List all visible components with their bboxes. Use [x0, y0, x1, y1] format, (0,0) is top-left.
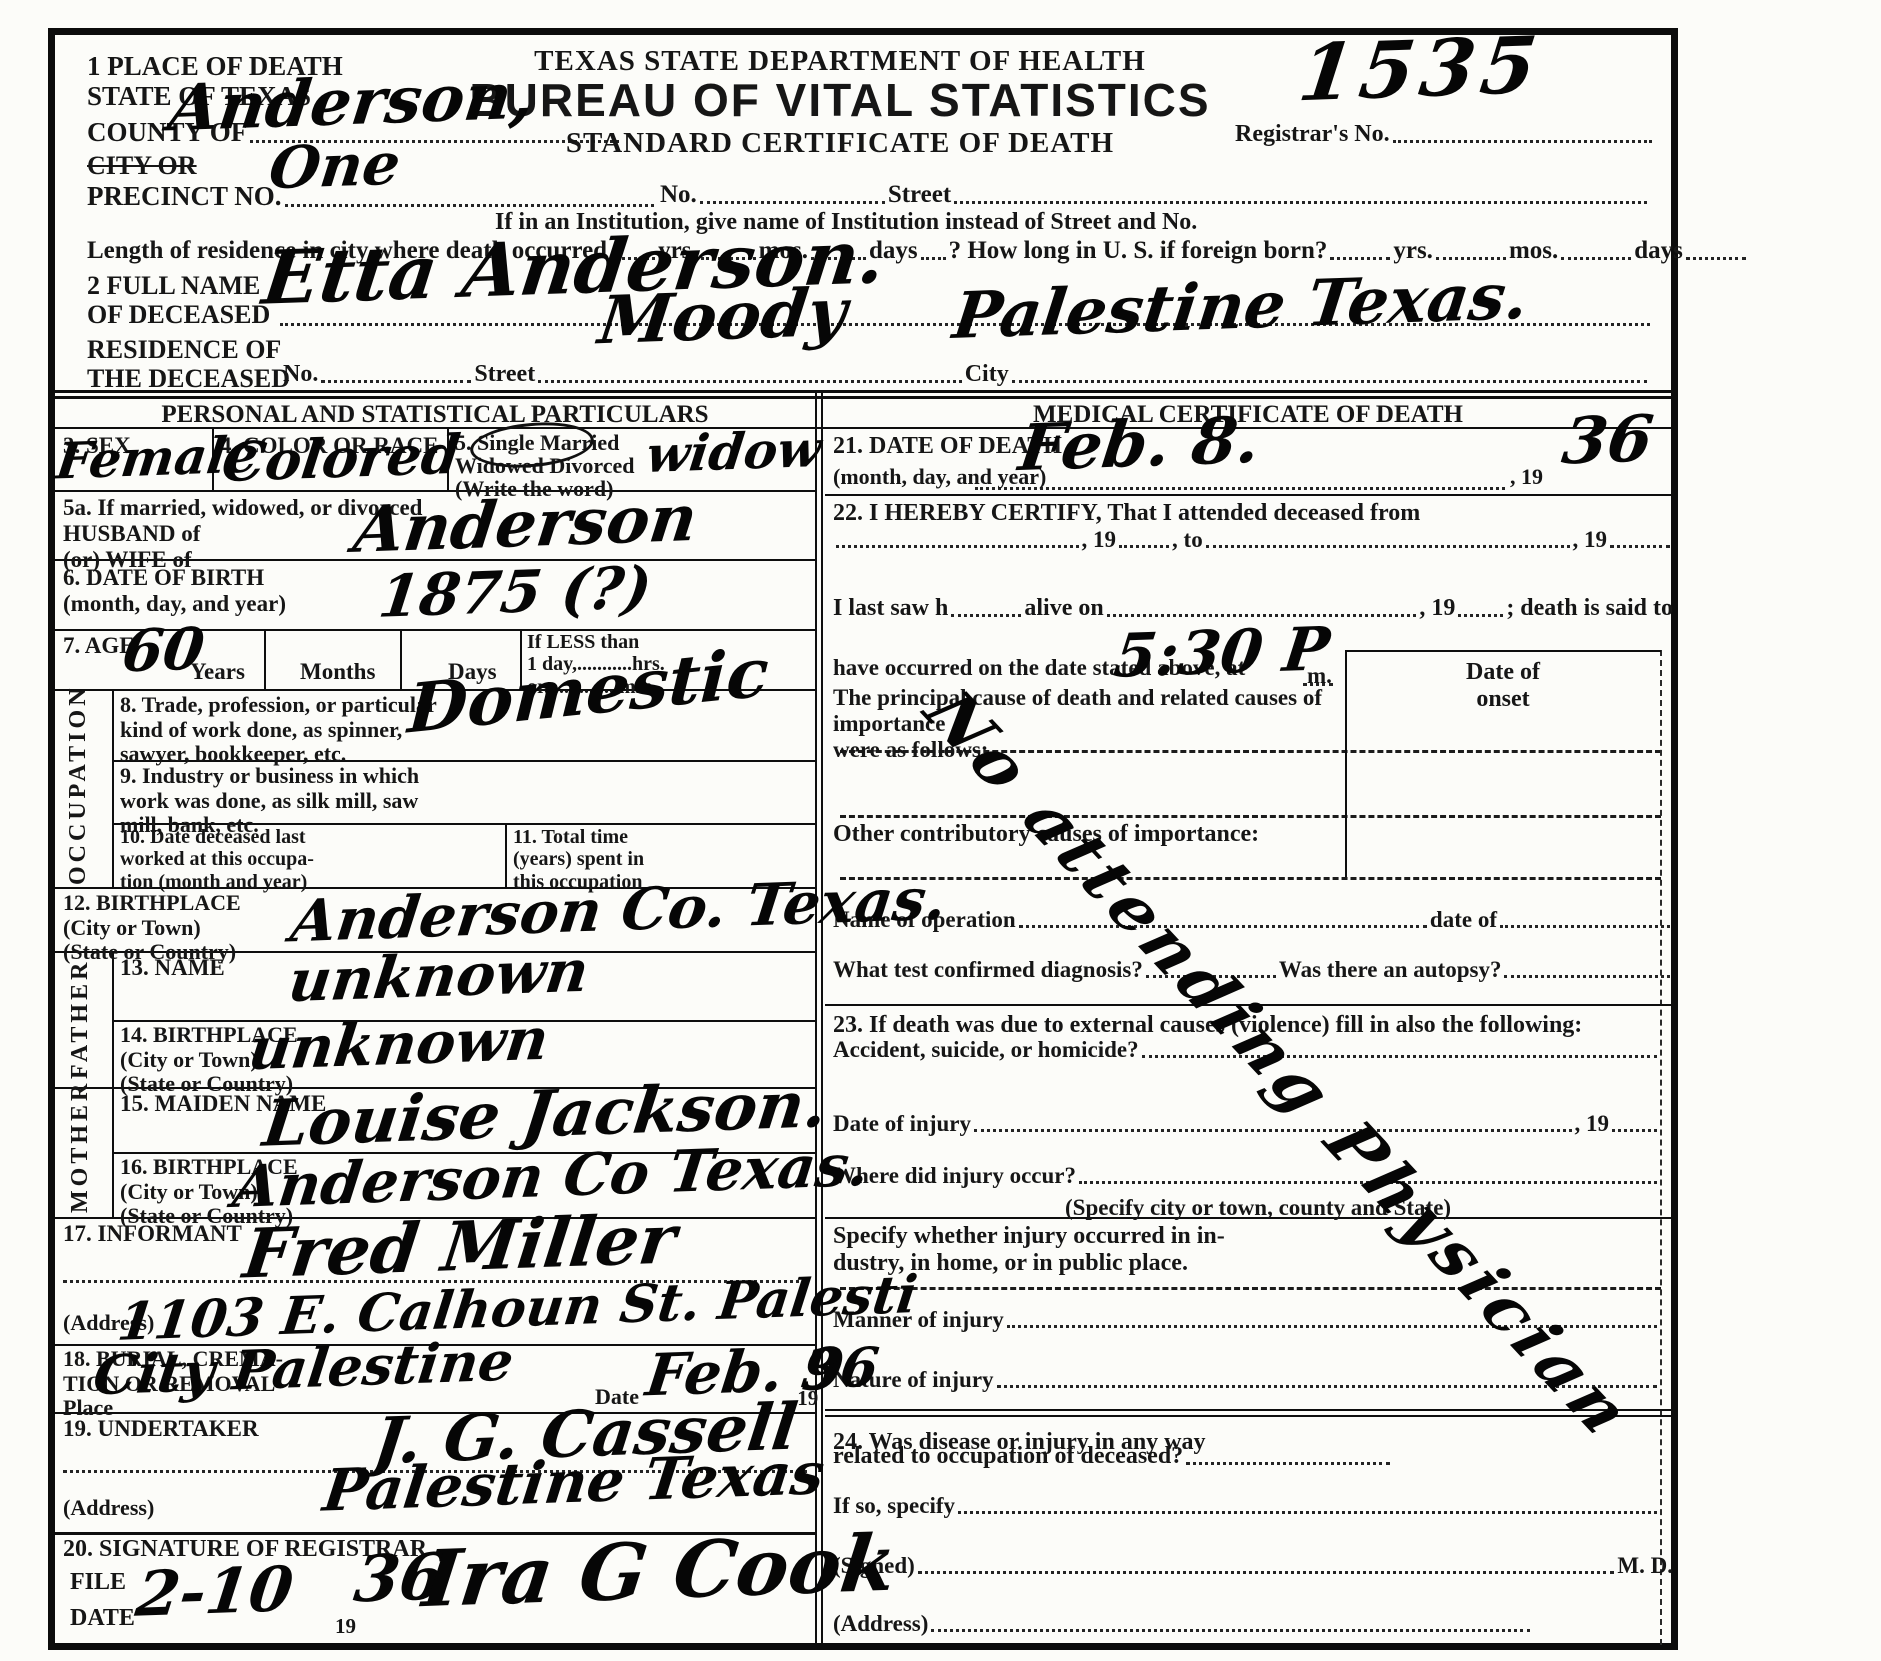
dotted-leader: [918, 1571, 1615, 1574]
city-label: City: [965, 361, 1009, 388]
city-or-label: CITY OR: [87, 151, 197, 180]
to-label: , to: [1172, 527, 1203, 553]
street-label: Street: [888, 181, 951, 209]
comma-19-label: , 19: [1082, 527, 1117, 553]
certificate-title: STANDARD CERTIFICATE OF DEATH: [475, 127, 1205, 159]
dotted-leader: [285, 204, 654, 207]
where-injury-line: Where did injury occur?: [833, 1163, 1660, 1189]
trade-label: 8. Trade, profession, or particular kind…: [120, 693, 437, 767]
bureau-title: BUREAU OF VITAL STATISTICS: [445, 75, 1235, 127]
dotted-leader: [321, 380, 471, 383]
age-value-handwriting: 60: [119, 620, 207, 681]
comma-19-label: , 19: [1419, 595, 1455, 622]
file-label: FILE: [70, 1569, 126, 1596]
scanned-death-certificate: 1 PLACE OF DEATH STATE OF TEXAS COUNTY O…: [0, 0, 1881, 1661]
dotted-leader: [1019, 925, 1427, 928]
dotted-line: [975, 487, 1505, 490]
death-year-handwriting: 36: [1559, 407, 1656, 474]
certify-label: 22. I HEREBY CERTIFY, That I attended de…: [833, 500, 1420, 527]
registrar-signature-handwriting: Ira G Cook: [419, 1525, 900, 1619]
age-months-label: Months: [300, 659, 375, 685]
dob-value-handwriting: 1875 (?): [376, 558, 655, 625]
dotted-leader: [1012, 380, 1647, 383]
comma-19-label: , 19: [1510, 465, 1543, 490]
dotted-leader: [1393, 140, 1652, 143]
father-group-label: FATHER: [67, 963, 94, 1079]
cell-divider: [264, 629, 266, 689]
accident-label: Accident, suicide, or homicide?: [833, 1037, 1139, 1063]
dotted-leader: [958, 1511, 1657, 1514]
dotted-leader: [1612, 1129, 1657, 1132]
certificate-border: 1 PLACE OF DEATH STATE OF TEXAS COUNTY O…: [48, 28, 1678, 1650]
date-of-label: date of: [1430, 907, 1497, 933]
alive-on-label: alive on: [1024, 595, 1103, 622]
dotted-leader: [954, 201, 1647, 204]
occupation-related-line: related to occupation of deceased?: [833, 1443, 1393, 1470]
residence-street-handwriting: Moody: [595, 279, 850, 354]
dotted-leader: [931, 1629, 1530, 1632]
test-label: What test confirmed diagnosis?: [833, 957, 1143, 983]
burial-place-handwriting: City Palestine: [91, 1334, 517, 1403]
occupation-related-label-2: related to occupation of deceased?: [833, 1443, 1183, 1470]
race-value-handwriting: Colored: [219, 427, 463, 489]
marital-value-handwriting: widow: [643, 424, 823, 480]
if-so-specify-line: If so, specify: [833, 1493, 1660, 1519]
dotted-leader: [1186, 1462, 1390, 1465]
physician-address-label: (Address): [833, 1611, 928, 1637]
death-said-label: ; death is said to: [1506, 595, 1673, 622]
dotted-leader: [1330, 257, 1390, 260]
date-of-injury-line: Date of injury, 19: [833, 1111, 1660, 1137]
dotted-leader: [1561, 257, 1631, 260]
date-of-onset-label: Date of onset: [1345, 659, 1661, 713]
cell-divider: [400, 629, 402, 689]
if-so-specify-label: If so, specify: [833, 1493, 955, 1519]
section-divider-rule: [55, 396, 1671, 399]
dotted-leader: [1458, 614, 1503, 617]
street-label: Street: [474, 361, 535, 388]
father-name-value-handwriting: unknown: [286, 942, 592, 1010]
undertaker-address-label: (Address): [63, 1496, 154, 1521]
trade-value-handwriting: Domestic: [406, 639, 770, 744]
burial-year-handwriting: 36: [799, 1340, 881, 1397]
row-rule: [825, 494, 1671, 496]
husband-value-handwriting: Anderson: [350, 487, 700, 563]
precinct-label: PRECINCT NO.: [87, 181, 282, 212]
dotted-leader: [1500, 925, 1670, 928]
dept-title: TEXAS STATE DEPARTMENT OF HEALTH: [475, 45, 1205, 77]
cause-line: [840, 815, 1661, 818]
onset-box-top: [1345, 650, 1661, 652]
mother-group-label: MOTHER: [67, 1097, 94, 1213]
group-divider: [112, 689, 114, 887]
certificate-number-handwriting: 1535: [1295, 27, 1547, 113]
father-birthplace-value-handwriting: unknown: [246, 1010, 552, 1078]
undertaker-address-handwriting: Palestine Texas: [320, 1444, 827, 1519]
full-name-label: 2 FULL NAME OF DECEASED: [87, 271, 270, 329]
occupation-group-label: OCCUPATION: [65, 695, 92, 885]
right-margin-dashed-line: [1660, 650, 1662, 1645]
date-label: DATE: [70, 1605, 135, 1632]
undertaker-label: 19. UNDERTAKER: [63, 1416, 259, 1442]
dotted-leader: [700, 201, 885, 204]
group-divider: [112, 951, 114, 1217]
county-value-handwriting: Anderson,: [165, 65, 538, 142]
dotted-leader: [1206, 545, 1570, 548]
last-saw-label: I last saw h: [833, 595, 948, 622]
dotted-leader: [1610, 545, 1670, 548]
cell-divider: [505, 823, 507, 887]
no-label: No.: [283, 361, 318, 388]
comma-19-label: , 19: [1573, 527, 1608, 553]
no-label: No.: [660, 181, 697, 209]
signed-line: (Signed)M. D.: [833, 1553, 1673, 1579]
time-of-death-handwriting: 5:30 P: [1111, 619, 1333, 686]
registrar-no-label: Registrar's No.: [1235, 121, 1390, 148]
date-of-death-handwriting: Feb. 8.: [1015, 409, 1263, 481]
md-label: M. D.: [1617, 1553, 1673, 1579]
section-divider-rule: [55, 390, 1671, 393]
file-date-handwriting: 2-10: [133, 1558, 297, 1625]
dotted-leader: [1504, 975, 1670, 978]
birthplace-value-handwriting: Anderson Co. Texas.: [288, 870, 950, 951]
no-street-line: No.Street: [660, 181, 1650, 209]
birthplace-label: 12. BIRTHPLACE (City or Town) (State or …: [63, 891, 241, 965]
precinct-value-handwriting: One: [266, 135, 403, 197]
row-rule: [825, 1409, 1671, 1411]
certify-from-to-line: , 19, to, 19: [833, 527, 1673, 553]
how-long-us-label: ? How long in U. S. if foreign born?: [949, 237, 1328, 265]
dotted-leader: [1686, 257, 1746, 260]
dotted-leader: [951, 614, 1021, 617]
last-worked-label: 10. Date deceased last worked at this oc…: [120, 826, 314, 893]
dotted-leader: [1119, 545, 1169, 548]
cause-line: [840, 877, 1661, 880]
dotted-leader: [538, 380, 962, 383]
residence-city-handwriting: Palestine Texas.: [950, 265, 1532, 349]
dotted-leader: [921, 257, 946, 260]
file-19-label: 19: [335, 1615, 356, 1639]
dotted-leader: [836, 545, 1079, 548]
where-injury-label: Where did injury occur?: [833, 1163, 1076, 1189]
dotted-leader: [974, 1129, 1572, 1132]
operation-line: Name of operationdate of: [833, 907, 1673, 933]
yrs-label: yrs.: [1393, 237, 1433, 265]
comma-19-label: , 19: [1575, 1111, 1610, 1137]
residence-label: RESIDENCE OF THE DECEASED: [87, 335, 290, 393]
autopsy-label: Was there an autopsy?: [1279, 957, 1502, 983]
informant-label: 17. INFORMANT: [63, 1221, 242, 1247]
row-rule: [825, 1415, 1671, 1417]
days-label: days: [1634, 237, 1683, 265]
residence-line: No. Street City: [283, 361, 1650, 388]
registrar-no-line: Registrar's No.: [1235, 121, 1655, 148]
dob-label: 6. DATE OF BIRTH (month, day, and year): [63, 565, 286, 617]
father-name-label: 13. NAME: [120, 955, 225, 981]
physician-address-line: (Address): [833, 1611, 1533, 1637]
